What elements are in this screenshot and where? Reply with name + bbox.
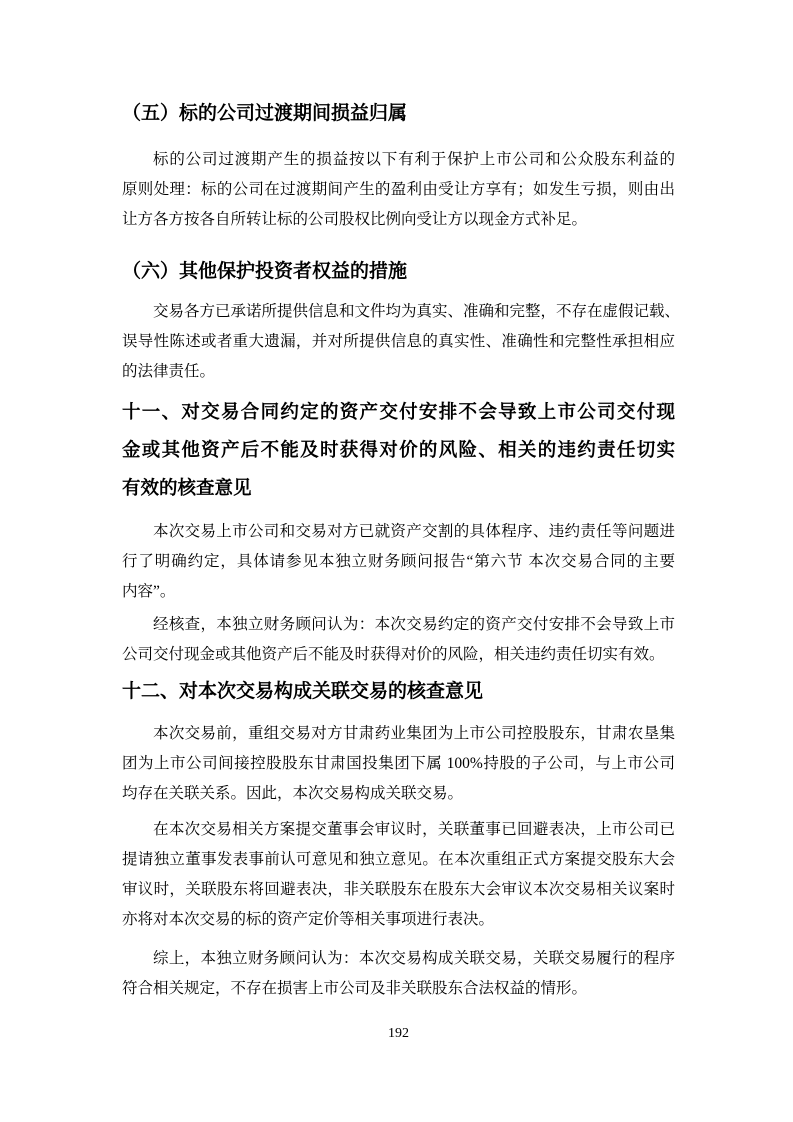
text-line: 误导性陈述或者重大遗漏，并对所提供信息的真实性、准确性和完整性承担相应	[122, 327, 675, 357]
section-heading-six: （六）其他保护投资者权益的措施	[122, 259, 675, 285]
paragraph-related-party-background: 本次交易前，重组交易对方甘肃药业集团为上市公司控股股东，甘肃农垦集团为上市公司间…	[122, 719, 675, 809]
text-line: 在本次交易相关方案提交董事会审议时，关联董事已回避表决，上市公司已	[122, 815, 675, 845]
chapter-heading-eleven: 十一、对交易合同约定的资产交付安排不会导致上市公司交付现金或其他资产后不能及时获…	[122, 393, 675, 507]
text-line: 十一、对交易合同约定的资产交付安排不会导致上市公司交付现	[122, 393, 675, 431]
paragraph-advisor-opinion-related-party: 综上，本独立财务顾问认为：本次交易构成关联交易，关联交易履行的程序符合相关规定，…	[122, 944, 675, 1004]
text-line: 标的公司过渡期产生的损益按以下有利于保护上市公司和公众股东利益的	[122, 145, 675, 175]
text-line: 内容”。	[122, 577, 675, 607]
text-line: 金或其他资产后不能及时获得对价的风险、相关的违约责任切实	[122, 431, 675, 469]
text-line: 行了明确约定，具体请参见本独立财务顾问报告“第六节 本次交易合同的主要	[122, 547, 675, 577]
paragraph-asset-delivery-agreement: 本次交易上市公司和交易对方已就资产交割的具体程序、违约责任等问题进行了明确约定，…	[122, 517, 675, 607]
chapter-heading-twelve: 十二、对本次交易构成关联交易的核查意见	[122, 679, 675, 705]
text-line: 本次交易上市公司和交易对方已就资产交割的具体程序、违约责任等问题进	[122, 517, 675, 547]
document-page: （五）标的公司过渡期间损益归属 标的公司过渡期产生的损益按以下有利于保护上市公司…	[0, 0, 793, 1122]
text-line: 亦将对本次交易的标的资产定价等相关事项进行表决。	[122, 905, 675, 935]
text-line: 原则处理：标的公司在过渡期间产生的盈利由受让方享有；如发生亏损，则由出	[122, 175, 675, 205]
text-line: 符合相关规定，不存在损害上市公司及非关联股东合法权益的情形。	[122, 974, 675, 1004]
text-line: 审议时，关联股东将回避表决，非关联股东在股东大会审议本次交易相关议案时	[122, 875, 675, 905]
text-line: 公司交付现金或其他资产后不能及时获得对价的风险，相关违约责任切实有效。	[122, 640, 675, 670]
paragraph-voting-avoidance: 在本次交易相关方案提交董事会审议时，关联董事已回避表决，上市公司已提请独立董事发…	[122, 815, 675, 935]
text-line: 的法律责任。	[122, 357, 675, 387]
text-line: 经核查，本独立财务顾问认为：本次交易约定的资产交付安排不会导致上市	[122, 610, 675, 640]
text-line: 综上，本独立财务顾问认为：本次交易构成关联交易，关联交易履行的程序	[122, 944, 675, 974]
text-line: 本次交易前，重组交易对方甘肃药业集团为上市公司控股股东，甘肃农垦集	[122, 719, 675, 749]
paragraph-transition-period-profit-loss: 标的公司过渡期产生的损益按以下有利于保护上市公司和公众股东利益的原则处理：标的公…	[122, 145, 675, 235]
text-line: 均存在关联关系。因此，本次交易构成关联交易。	[122, 779, 675, 809]
text-line: 让方各方按各自所转让标的公司股权比例向受让方以现金方式补足。	[122, 205, 675, 235]
text-line: 有效的核查意见	[122, 469, 675, 507]
section-heading-five: （五）标的公司过渡期间损益归属	[122, 101, 675, 127]
paragraph-investor-protection-measures: 交易各方已承诺所提供信息和文件均为真实、准确和完整，不存在虚假记载、误导性陈述或…	[122, 297, 675, 387]
text-line: 交易各方已承诺所提供信息和文件均为真实、准确和完整，不存在虚假记载、	[122, 297, 675, 327]
text-line: 团为上市公司间接控股股东甘肃国投集团下属 100%持股的子公司，与上市公司	[122, 749, 675, 779]
text-line: 提请独立董事发表事前认可意见和独立意见。在本次重组正式方案提交股东大会	[122, 845, 675, 875]
page-number: 192	[122, 1025, 675, 1043]
paragraph-advisor-opinion-delivery: 经核查，本独立财务顾问认为：本次交易约定的资产交付安排不会导致上市公司交付现金或…	[122, 610, 675, 670]
page-content: （五）标的公司过渡期间损益归属 标的公司过渡期产生的损益按以下有利于保护上市公司…	[122, 0, 675, 1043]
